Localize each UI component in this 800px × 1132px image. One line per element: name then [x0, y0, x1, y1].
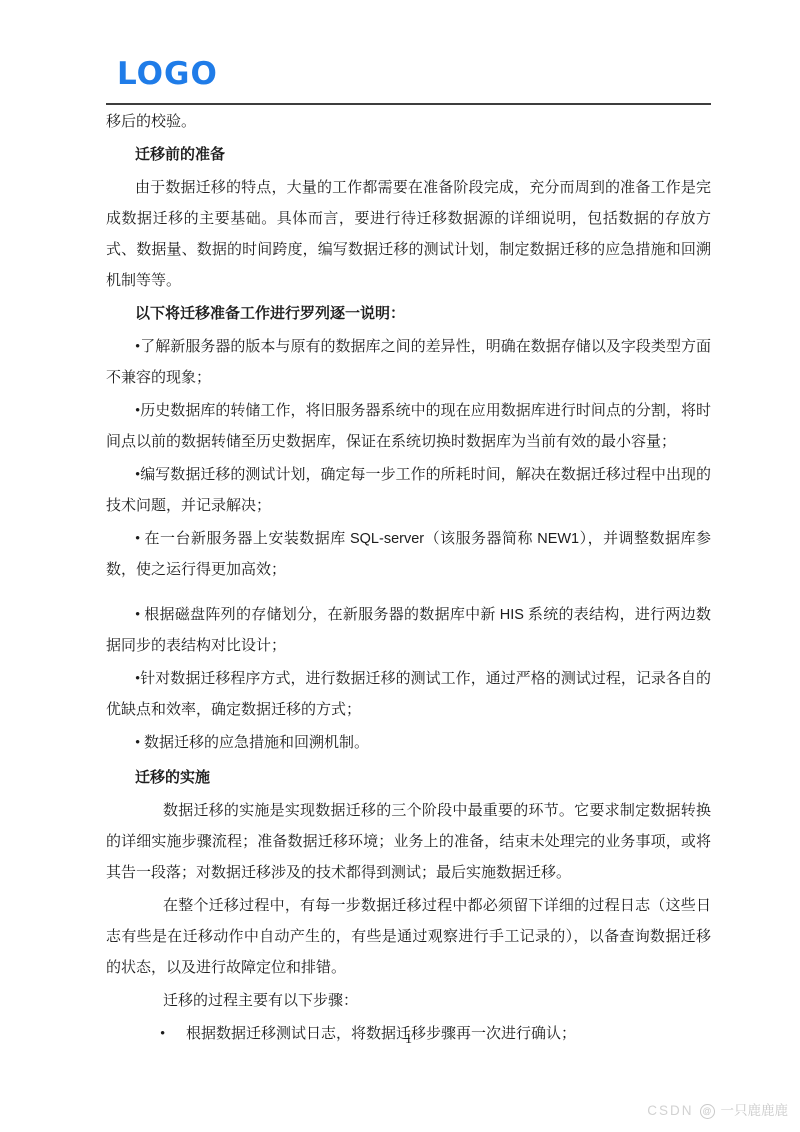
para-process-logs: 在整个迁移过程中，有每一步数据迁移过程中都必须留下详细的过程日志（这些日志有些是…: [106, 891, 711, 984]
latin-text-run: SQL-server: [350, 531, 424, 547]
bullet-item-migration-test-work: •针对数据迁移程序方式，进行数据迁移的测试工作，通过严格的测试过程，记录各自的优…: [106, 664, 711, 726]
company-logo: LOGO: [117, 59, 218, 90]
watermark: CSDN @ 一只鹿鹿鹿: [647, 1102, 788, 1120]
para-preparation-overview: 由于数据迁移的特点，大量的工作都需要在准备阶段完成，充分而周到的准备工作是完成数…: [106, 173, 711, 297]
watermark-username: 一只鹿鹿鹿: [721, 1102, 789, 1120]
text-run: （该服务器简称: [424, 531, 537, 547]
bullet-item-sql-server-install: • 在一台新服务器上安装数据库 SQL-server（该服务器简称 NEW1），…: [106, 524, 711, 586]
text-run: • 根据磁盘阵列的存储划分，在新服务器的数据库中新: [135, 607, 500, 623]
section-heading-migration-preparation: 迁移前的准备: [106, 140, 711, 171]
document-page: LOGO 移后的校验。 迁移前的准备 由于数据迁移的特点，大量的工作都需要在准备…: [0, 0, 800, 1132]
para-implementation-overview: 数据迁移的实施是实现数据迁移的三个阶段中最重要的环节。它要求制定数据转换的详细实…: [106, 796, 711, 889]
bullet-item-emergency-measures: • 数据迁移的应急措施和回溯机制。: [106, 728, 711, 759]
continued-text-line: 移后的校验。: [106, 107, 711, 138]
bullet-item-disk-array: • 根据磁盘阵列的存储划分，在新服务器的数据库中新 HIS 系统的表结构，进行两…: [106, 600, 711, 662]
watermark-brand: CSDN: [647, 1102, 693, 1120]
section-heading-migration-implementation: 迁移的实施: [106, 763, 711, 794]
bullet-item-version-difference: •了解新服务器的版本与原有的数据库之间的差异性，明确在数据存储以及字段类型方面不…: [106, 332, 711, 394]
document-body: 移后的校验。 迁移前的准备 由于数据迁移的特点，大量的工作都需要在准备阶段完成，…: [106, 107, 711, 1052]
bullet-item-test-plan: •编写数据迁移的测试计划，确定每一步工作的所耗时间，解决在数据迁移过程中出现的技…: [106, 460, 711, 522]
page-number: 1: [106, 1029, 711, 1049]
bullet-item-history-db-dump: •历史数据库的转储工作，将旧服务器系统中的现在应用数据库进行时间点的分割，将时间…: [106, 396, 711, 458]
at-icon: @: [700, 1104, 715, 1119]
latin-text-run: NEW1: [537, 531, 579, 547]
section-heading-preparation-list: 以下将迁移准备工作进行罗列逐一说明：: [106, 299, 711, 330]
latin-text-run: HIS: [500, 607, 524, 623]
text-run: • 在一台新服务器上安装数据库: [135, 531, 350, 547]
header-divider: [106, 103, 711, 105]
para-steps-intro: 迁移的过程主要有以下步骤：: [106, 986, 711, 1017]
